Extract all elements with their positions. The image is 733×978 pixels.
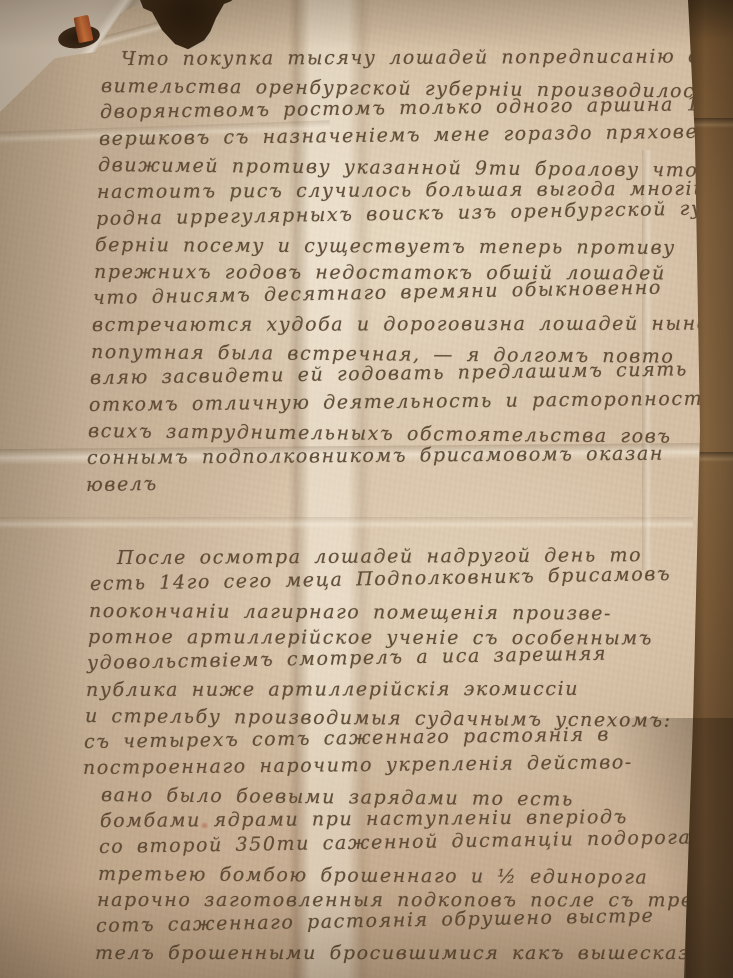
text-line: ювелъ [86, 470, 158, 497]
paragraph-2: После осмотра лошадей надругой день тоес… [92, 545, 712, 978]
text-line: построеннаго нарочито укрепленія действо… [83, 750, 633, 782]
text-line: телъ брошенными бросившимися какъ вышеск… [95, 939, 690, 965]
text-line: публика ниже артиллерійскія экомиссіи [86, 675, 579, 702]
paragraph-1: Что покупка тысячу лошадей попредписанію… [92, 46, 712, 546]
text-line: Что покупка тысячу лошадей попредписанію… [121, 43, 733, 72]
text-line: откомъ отличную деятельность и расторопн… [89, 385, 730, 418]
text-line: соннымъ подполковникомъ брисамовомъ оказ… [87, 441, 664, 471]
text-line: третьею бомбою брошеннаго и ½ единорога [98, 861, 649, 891]
text-line: поокончаніи лагирнаго помещенія произве- [89, 598, 612, 627]
manuscript-photo: Что покупка тысячу лошадей попредписанію… [0, 0, 733, 978]
text-line: встречаются худоба и дороговизна лошадей… [92, 311, 710, 338]
text-line: берніи посему и существуетъ теперь проти… [95, 232, 676, 261]
manuscript-page: Что покупка тысячу лошадей попредписанію… [0, 0, 733, 978]
